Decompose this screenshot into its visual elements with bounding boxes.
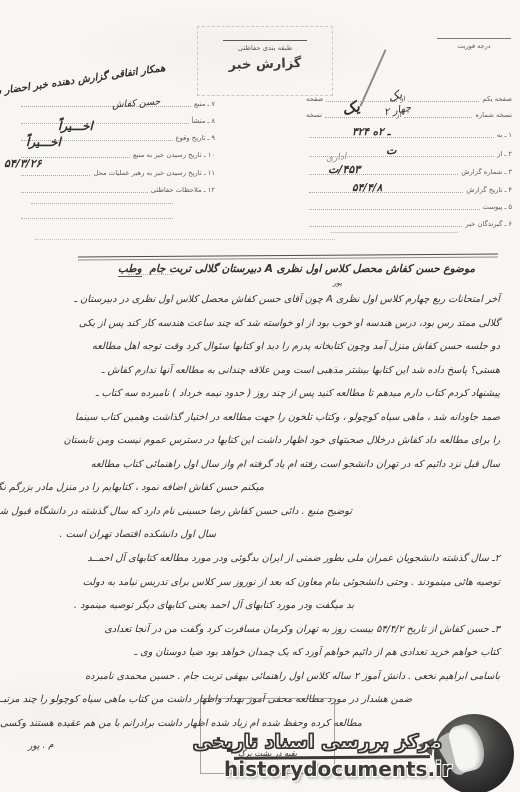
report-number-handwritten: ۴۵۳/ت	[328, 163, 360, 176]
subject-annotation: پور	[333, 279, 342, 287]
urgency-label: درجه فوریت	[437, 38, 511, 50]
dotted-leader	[325, 117, 393, 118]
field-attachment: ۵ـ پیوست	[306, 203, 512, 211]
dotted-row	[21, 218, 173, 219]
body-line: دو جلسه حسن کفاش منزل آمد وچون کتابخانه …	[20, 341, 500, 365]
to-value-handwritten: ۳۲۴ ـ ۲ه	[352, 126, 390, 138]
copy-row-left-label: نسخه	[306, 111, 322, 119]
field-label: منبع	[194, 100, 205, 108]
dotted-leader	[21, 175, 90, 176]
field-number: ۵	[508, 203, 512, 211]
body-line: توصیه هائی مینمودند . وحتی دانشجوئی بنام…	[20, 577, 500, 601]
dotted-leader	[309, 209, 480, 210]
report-title: گزارش خبر	[198, 55, 332, 74]
body-line: میکنم حسن کفاش اضافه نمود ، کتابهایم را …	[20, 482, 264, 506]
dotted-leader	[128, 274, 174, 275]
body-line: گلالی ممتد رس بود، درس هندسه او خوب بود …	[20, 318, 500, 342]
watermark-title: مرکز بررسی اسناد تاریخی	[218, 731, 442, 753]
body-line: آخر امتحانات ربع چهارم کلاس اول نظری A چ…	[20, 294, 500, 318]
page-row-right-label: صفحه یکم	[482, 95, 512, 103]
field-report-date: ۴ـ تاریخ گزارش	[306, 186, 512, 194]
body-line: صمد جاودانه شد ، ماهی سیاه کوچولو ، وکتا…	[20, 412, 500, 436]
field-to: ۱ـ به	[306, 131, 512, 139]
body-line: سال اول دانشکده اقتصاد تهران است .	[20, 529, 216, 553]
field-label: ملاحظات حفاظتی	[151, 186, 202, 194]
body-line: پیشنهاد کردم کتاب دارم میدهم تا مطالعه ک…	[20, 388, 500, 412]
news-reached-operations-date-handwritten: ۵۴/۳/۲۶	[4, 157, 42, 170]
field-label: تاریخ وقوع	[176, 134, 206, 142]
dotted-leader	[404, 117, 472, 118]
body-line: بد میگفت ودر مورد کتابهای آل احمد یعنی ک…	[20, 600, 354, 624]
field-news-reached-operations-date: ۱۱ـ تاریخ رسیدن خبر به رهبر عملیات محل	[18, 169, 215, 177]
field-label: تاریخ رسیدن خبر به رهبر عملیات محل	[93, 169, 201, 177]
field-label: شماره گزارش	[461, 168, 502, 176]
body-line: هستی؟ پاسخ داده شد این کتابها بیشتر مذهب…	[20, 365, 500, 389]
body-line: سال قبل نزد دائیم که در تهران دانشجو است…	[20, 459, 500, 483]
scanned-report-page: درجه فوریت طبقه بندی حفاظتی گزارش خبر صف…	[0, 0, 520, 792]
field-label: به	[497, 131, 503, 139]
field-number: ۹	[211, 134, 215, 142]
signature-scribble: م . پور	[28, 740, 54, 751]
field-origin: ۸ـ منشأ	[18, 117, 215, 125]
body-line: را برای مطالعه داد کفاش درخلال صحبتهای خ…	[20, 435, 500, 459]
dotted-row	[35, 239, 335, 240]
stamp-rule	[223, 40, 307, 41]
field-number: ۱۱	[208, 169, 215, 177]
field-number: ۲	[508, 150, 512, 158]
field-number: ۶	[508, 220, 512, 228]
field-number: ۱	[508, 131, 512, 139]
report-body-text: آخر امتحانات ربع چهارم کلاس اول نظری A چ…	[20, 294, 500, 741]
occurrence-date-value-handwritten: اخـــیراً	[58, 119, 93, 133]
body-line: ۳ـ حسن کفاش از تاریخ ۵۴/۴/۲ بیست روز به …	[20, 624, 500, 648]
dotted-leader	[309, 226, 462, 227]
field-number: ۱۲	[208, 186, 215, 194]
field-number: ۱۰	[208, 151, 215, 159]
dotted-row	[31, 203, 173, 204]
dotted-leader	[21, 106, 191, 107]
dotted-leader	[21, 192, 148, 193]
field-number: ۳	[508, 168, 512, 176]
faint-rule	[330, 232, 458, 233]
field-label: از	[497, 150, 502, 158]
classification-label: طبقه بندی حفاظتی	[198, 44, 332, 52]
field-label: تاریخ رسیدن خبر به منبع	[133, 151, 202, 159]
body-line: باسامی ابراهیم نخعی . دانش آموز ۲ ساله ک…	[20, 671, 500, 695]
body-line: توضیح منبع . دائی حسن کفاش رضا حسینی نام…	[20, 506, 352, 530]
dotted-leader	[326, 101, 397, 102]
field-security-remarks: ۱۲ـ ملاحظات حفاظتی	[18, 186, 215, 194]
dotted-leader	[309, 192, 463, 193]
field-number: ۷	[211, 100, 215, 108]
source-value-handwritten: حسن کفاش	[112, 96, 161, 110]
copy-row-right-label: نسخه شماره	[475, 111, 512, 119]
dotted-leader	[21, 123, 189, 124]
watermark-site-url: historydocuments.ir	[224, 757, 452, 781]
marginal-handwritten-note: همکار اتفاقی گزارش دهنده خبر احضار شود	[6, 63, 166, 96]
field-news-reached-source-date: ۱۰ـ تاریخ رسیدن خبر به منبع	[18, 151, 215, 159]
field-news-recipients: ۶ـ گیرندگان خبر	[306, 220, 512, 228]
section-divider-rule	[78, 254, 498, 261]
field-label: تاریخ گزارش	[466, 186, 502, 194]
report-date-handwritten: ۵۴/۴/۸	[352, 182, 382, 194]
dotted-leader	[408, 101, 479, 102]
news-reached-source-value-handwritten: اخـــیراً	[26, 135, 61, 149]
page-row-left-label: صفحه	[306, 95, 323, 103]
subject-text: موضوع حسن کفاش محصل کلاس اول نظری A دبیر…	[149, 263, 475, 275]
body-line: ۲ـ سال گذشته دانشجویان عمران ملی بطور ضم…	[20, 553, 500, 577]
classification-stamp-box: طبقه بندی حفاظتی گزارش خبر	[197, 26, 333, 96]
field-label: منشأ	[192, 117, 206, 125]
dotted-leader	[309, 137, 494, 138]
field-number: ۸	[211, 117, 215, 125]
field-label: گیرندگان خبر	[465, 220, 502, 228]
field-label: پیوست	[483, 203, 503, 211]
field-number: ۴	[508, 186, 512, 194]
from-value-handwritten: ت	[386, 144, 396, 157]
body-line: کتاب خواهم خرید تعدادی هم از دائیم خواهم…	[20, 647, 500, 671]
